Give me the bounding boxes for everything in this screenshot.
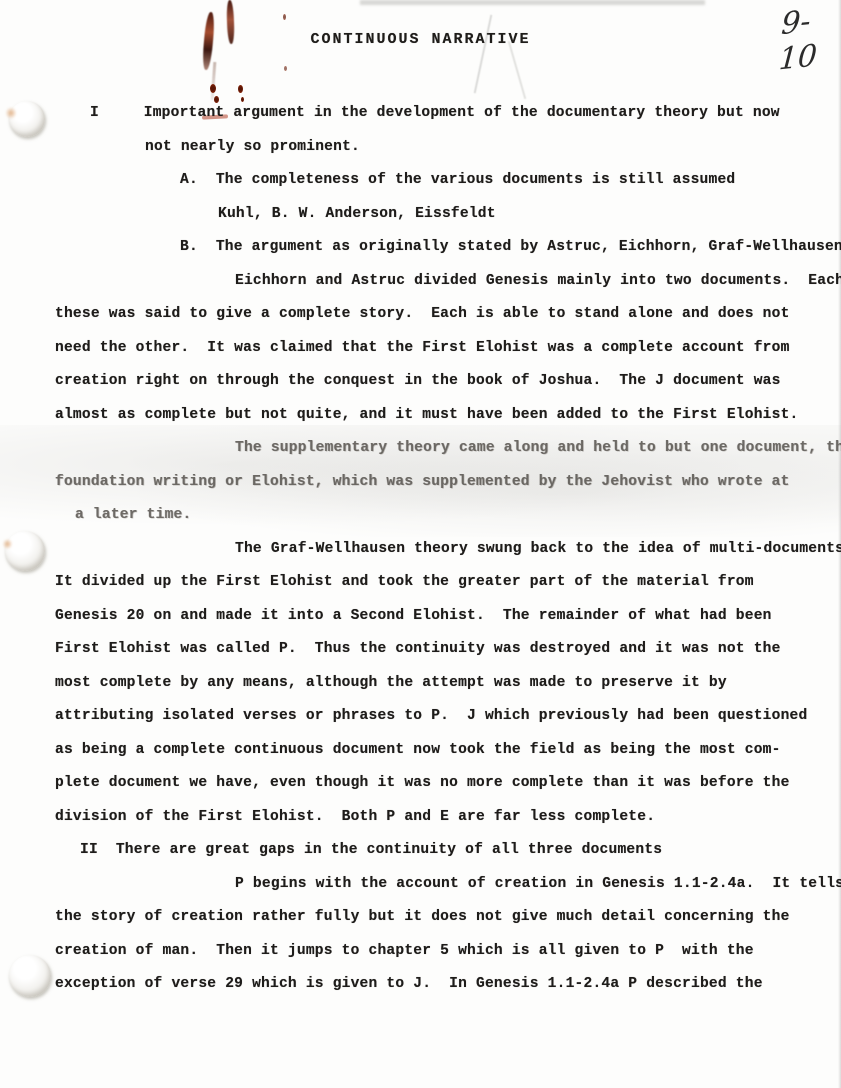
- text-line: Eichhorn and Astruc divided Genesis main…: [235, 271, 841, 291]
- text-line: II There are great gaps in the continuit…: [80, 840, 662, 860]
- text-line: B. The argument as originally stated by …: [180, 237, 841, 257]
- scan-scratch: [508, 41, 526, 99]
- text-line: I Important argument in the development …: [90, 103, 780, 123]
- text-line: A. The completeness of the various docum…: [180, 170, 735, 190]
- text-line: division of the First Elohist. Both P an…: [55, 807, 655, 827]
- text-line: not nearly so prominent.: [145, 137, 360, 157]
- ink-stain-drip: [283, 14, 286, 20]
- text-line: plete document we have, even though it w…: [55, 773, 790, 793]
- ink-stain-trail: [211, 62, 217, 100]
- hole-punch-rust-tint: [3, 538, 12, 550]
- scan-smudge-top: [360, 0, 705, 5]
- text-line: The Graf-Wellhausen theory swung back to…: [235, 539, 841, 559]
- text-line: Kuhl, B. W. Anderson, Eissfeldt: [218, 204, 496, 224]
- text-line: First Elohist was called P. Thus the con…: [55, 639, 781, 659]
- text-line: as being a complete continuous document …: [55, 740, 781, 760]
- handwritten-page-number: 9-10: [778, 0, 841, 77]
- ink-stain-drip: [238, 85, 243, 93]
- text-line: P begins with the account of creation in…: [235, 874, 841, 894]
- ink-stain-drip: [284, 66, 287, 71]
- scanned-document-page: CONTINUOUS NARRATIVE 9-10 I Important ar…: [0, 0, 841, 1088]
- text-line: attributing isolated verses or phrases t…: [55, 706, 807, 726]
- text-line-faded: a later time.: [75, 505, 191, 525]
- ink-stain-drip: [241, 97, 244, 102]
- text-line: almost as complete but not quite, and it…: [55, 405, 799, 425]
- text-line: the story of creation rather fully but i…: [55, 907, 790, 927]
- text-line: these was said to give a complete story.…: [55, 304, 790, 324]
- text-line-faded: The supplementary theory came along and …: [235, 438, 841, 458]
- text-line: It divided up the First Elohist and took…: [55, 572, 754, 592]
- text-line: exception of verse 29 which is given to …: [55, 974, 763, 994]
- hole-punch-top: [9, 101, 45, 137]
- text-line: creation right on through the conquest i…: [55, 371, 781, 391]
- text-line: Genesis 20 on and made it into a Second …: [55, 606, 772, 626]
- hole-punch-bottom: [9, 955, 51, 997]
- scan-scratch: [474, 15, 493, 94]
- text-line: creation of man. Then it jumps to chapte…: [55, 941, 754, 961]
- ink-stain-drip: [214, 96, 219, 103]
- hole-punch-middle: [5, 531, 45, 571]
- page-title: CONTINUOUS NARRATIVE: [0, 31, 841, 48]
- ink-stain-drip: [210, 84, 216, 93]
- text-line: need the other. It was claimed that the …: [55, 338, 790, 358]
- hole-punch-rust-tint: [6, 106, 16, 120]
- text-line-faded: foundation writing or Elohist, which was…: [55, 472, 790, 492]
- text-line: most complete by any means, although the…: [55, 673, 727, 693]
